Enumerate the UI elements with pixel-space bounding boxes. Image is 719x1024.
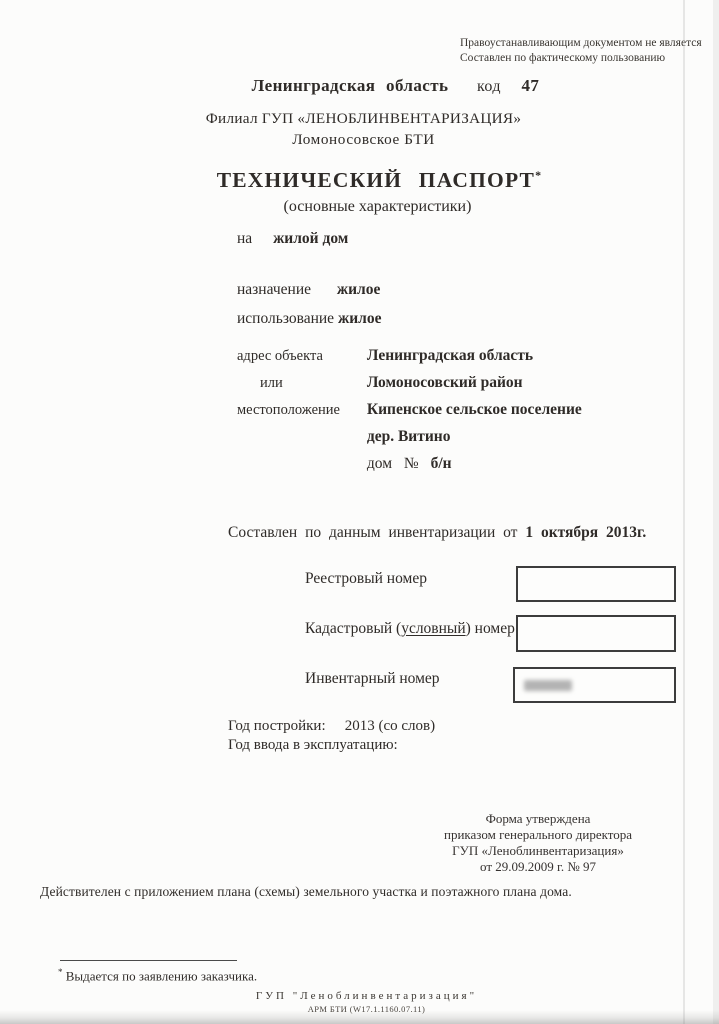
approval-line-1: Форма утверждена xyxy=(437,811,639,827)
disclaimer-line-2: Составлен по фактическому пользованию xyxy=(460,51,702,66)
address-row: дом № б/н xyxy=(237,453,582,480)
region-name: Ленинградская область xyxy=(252,76,449,95)
year-commissioned-label: Год ввода в эксплуатацию: xyxy=(228,737,398,753)
address-or-label: или xyxy=(237,372,363,394)
inventory-date-line: Составлен по данным инвентаризации от 1 … xyxy=(228,524,646,542)
legal-disclaimer: Правоустанавливающим документом не являе… xyxy=(460,36,702,66)
address-row: дер. Витино xyxy=(237,426,582,453)
scan-bottom-shadow xyxy=(0,1010,719,1024)
approval-line-4: от 29.09.2009 г. № 97 xyxy=(437,859,639,875)
inventory-number-box xyxy=(513,667,676,703)
cadastral-conditional-word: условный xyxy=(401,620,465,637)
address-label: адрес объекта xyxy=(237,345,363,367)
bti-office-name: Ломоносовское БТИ xyxy=(0,131,719,149)
scan-edge-line xyxy=(683,0,685,1024)
footnote-marker: * xyxy=(58,967,63,977)
address-row: или Ломоносовский район xyxy=(237,372,582,399)
disclaimer-line-1: Правоустанавливающим документом не являе… xyxy=(460,36,702,51)
address-block: адрес объекта Ленинградская область или … xyxy=(237,345,582,480)
branch-name: Филиал ГУП «ЛЕНОБЛИНВЕНТАРИЗАЦИЯ» xyxy=(0,110,719,128)
object-label: на xyxy=(237,230,252,247)
redacted-value xyxy=(524,680,572,691)
address-row: адрес объекта Ленинградская область xyxy=(237,345,582,372)
year-commissioned-row: Год ввода в эксплуатацию: xyxy=(228,736,435,755)
footnote: * Выдается по заявлению заказчика. xyxy=(58,967,257,984)
address-value-settlement: Кипенское сельское поселение xyxy=(367,401,582,418)
house-number-value: б/н xyxy=(431,455,452,472)
address-row: местоположение Кипенское сельское поселе… xyxy=(237,399,582,426)
region-header: Ленинградская область код 47 xyxy=(0,76,719,96)
region-code-value: 47 xyxy=(522,76,540,95)
year-built-value: 2013 (со слов) xyxy=(345,718,435,734)
title-footnote-marker: * xyxy=(535,168,542,182)
form-approval-block: Форма утверждена приказом генерального д… xyxy=(437,811,639,875)
inventory-number-label: Инвентарный номер xyxy=(305,670,440,688)
address-value-region: Ленинградская область xyxy=(367,347,533,364)
registry-number-box xyxy=(516,566,676,602)
purpose-value: жилое xyxy=(337,281,381,298)
address-value-district: Ломоносовский район xyxy=(367,374,523,391)
address-value-village: дер. Витино xyxy=(367,428,451,445)
document-title-text: ТЕХНИЧЕСКИЙ ПАСПОРТ xyxy=(217,168,535,192)
cadastral-number-box xyxy=(516,615,676,652)
approval-line-3: ГУП «Леноблинвентаризация» xyxy=(437,843,639,859)
usage-label: использование xyxy=(237,310,334,328)
object-value: жилой дом xyxy=(273,230,348,247)
purpose-row: назначение жилое xyxy=(237,281,380,299)
document-subtitle: (основные характеристики) xyxy=(0,198,719,216)
scanned-document-page: Правоустанавливающим документом не являе… xyxy=(0,0,719,1024)
year-built-label: Год постройки: xyxy=(228,717,341,736)
scan-right-shadow xyxy=(713,0,719,1024)
footnote-divider xyxy=(60,960,237,961)
years-block: Год постройки: 2013 (со слов) Год ввода … xyxy=(228,717,435,754)
validity-note: Действителен с приложением плана (схемы)… xyxy=(40,884,572,900)
document-title: ТЕХНИЧЕСКИЙ ПАСПОРТ* xyxy=(0,168,719,193)
registry-number-label: Реестровый номер xyxy=(305,570,427,588)
year-built-row: Год постройки: 2013 (со слов) xyxy=(228,717,435,736)
house-number-label: дом № xyxy=(367,455,419,472)
approval-line-2: приказом генерального директора xyxy=(437,827,639,843)
usage-value: жилое xyxy=(338,310,382,327)
purpose-label: назначение xyxy=(237,281,333,299)
inventory-date-text: Составлен по данным инвентаризации от xyxy=(228,524,517,541)
location-label: местоположение xyxy=(237,399,363,421)
cadastral-number-label: Кадастровый (условный) номер xyxy=(305,620,515,638)
region-code-label: код xyxy=(477,78,501,95)
footer-organization: ГУП "Леноблинвентаризация" xyxy=(0,990,719,1002)
footnote-text: Выдается по заявлению заказчика. xyxy=(66,968,257,983)
usage-row: использование жилое xyxy=(237,310,381,328)
inventory-date-value: 1 октября 2013г. xyxy=(525,524,646,541)
object-line: на жилой дом xyxy=(237,230,348,248)
